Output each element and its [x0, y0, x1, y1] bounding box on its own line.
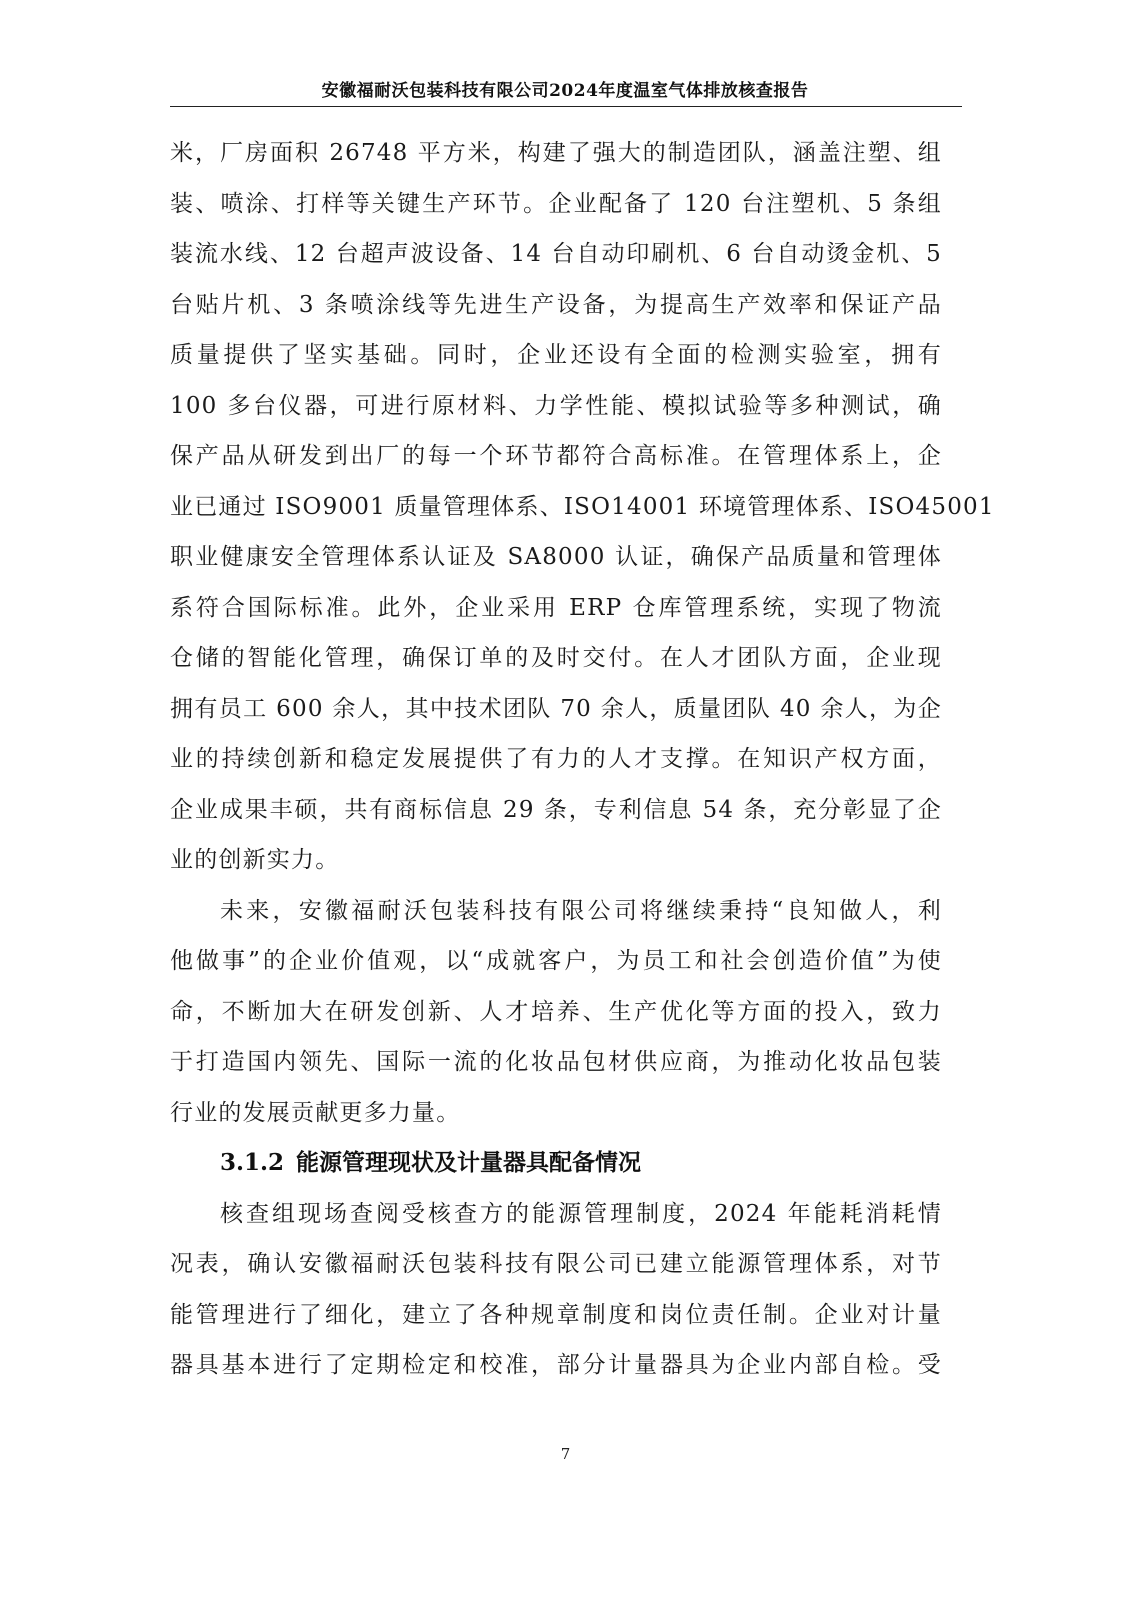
text-line: 职业健康安全管理体系认证及 SA8000 认证，确保产品质量和管理体 — [170, 532, 942, 583]
text-line: 况表，确认安徽福耐沃包装科技有限公司已建立能源管理体系，对节 — [170, 1239, 942, 1290]
text-line: 业的持续创新和稳定发展提供了有力的人才支撑。在知识产权方面， — [170, 734, 942, 785]
text-line: 质量提供了坚实基础。同时，企业还设有全面的检测实验室，拥有 — [170, 330, 942, 381]
section-number: 3.1.2 — [220, 1149, 284, 1176]
text-line: 仓储的智能化管理，确保订单的及时交付。在人才团队方面，企业现 — [170, 633, 942, 684]
body-text: 米，厂房面积 26748 平方米，构建了强大的制造团队，涵盖注塑、组 装、喷涂、… — [170, 128, 942, 1391]
text-line: 装、喷涂、打样等关键生产环节。企业配备了 120 台注塑机、5 条组 — [170, 179, 942, 230]
text-line: 行业的发展贡献更多力量。 — [170, 1088, 942, 1139]
text-line: 企业成果丰硕，共有商标信息 29 条，专利信息 54 条，充分彰显了企 — [170, 785, 942, 836]
paragraph-energy-management: 核查组现场查阅受核查方的能源管理制度，2024 年能耗消耗情 况表，确认安徽福耐… — [170, 1189, 942, 1391]
running-header: 安徽福耐沃包装科技有限公司2024年度温室气体排放核查报告 — [170, 80, 960, 106]
header-rule — [170, 106, 962, 107]
document-page: 安徽福耐沃包装科技有限公司2024年度温室气体排放核查报告 米，厂房面积 267… — [0, 0, 1131, 1600]
section-title: 能源管理现状及计量器具配备情况 — [296, 1149, 641, 1176]
text-line: 保产品从研发到出厂的每一个环节都符合高标准。在管理体系上，企 — [170, 431, 942, 482]
text-line: 台贴片机、3 条喷涂线等先进生产设备，为提高生产效率和保证产品 — [170, 280, 942, 331]
page-number: 7 — [0, 1445, 1131, 1463]
text-line: 系符合国际标准。此外，企业采用 ERP 仓库管理系统，实现了物流 — [170, 583, 942, 634]
text-line: 器具基本进行了定期检定和校准，部分计量器具为企业内部自检。受 — [170, 1340, 942, 1391]
text-line: 核查组现场查阅受核查方的能源管理制度，2024 年能耗消耗情 — [170, 1189, 942, 1240]
paragraph-company-profile: 米，厂房面积 26748 平方米，构建了强大的制造团队，涵盖注塑、组 装、喷涂、… — [170, 128, 942, 886]
paragraph-future-outlook: 未来，安徽福耐沃包装科技有限公司将继续秉持“良知做人，利 他做事”的企业价值观，… — [170, 886, 942, 1139]
text-line: 未来，安徽福耐沃包装科技有限公司将继续秉持“良知做人，利 — [170, 886, 942, 937]
text-line: 装流水线、12 台超声波设备、14 台自动印刷机、6 台自动烫金机、5 — [170, 229, 942, 280]
text-line: 拥有员工 600 余人，其中技术团队 70 余人，质量团队 40 余人，为企 — [170, 684, 942, 735]
text-line: 业的创新实力。 — [170, 835, 942, 886]
text-line: 于打造国内领先、国际一流的化妆品包材供应商，为推动化妆品包装 — [170, 1037, 942, 1088]
text-line: 命，不断加大在研发创新、人才培养、生产优化等方面的投入，致力 — [170, 987, 942, 1038]
text-line: 100 多台仪器，可进行原材料、力学性能、模拟试验等多种测试，确 — [170, 381, 942, 432]
text-line: 业已通过 ISO9001 质量管理体系、ISO14001 环境管理体系、ISO4… — [170, 482, 942, 533]
section-heading: 3.1.2能源管理现状及计量器具配备情况 — [170, 1138, 942, 1189]
text-line: 能管理进行了细化，建立了各种规章制度和岗位责任制。企业对计量 — [170, 1290, 942, 1341]
text-line: 米，厂房面积 26748 平方米，构建了强大的制造团队，涵盖注塑、组 — [170, 128, 942, 179]
text-line: 他做事”的企业价值观，以“成就客户，为员工和社会创造价值”为使 — [170, 936, 942, 987]
